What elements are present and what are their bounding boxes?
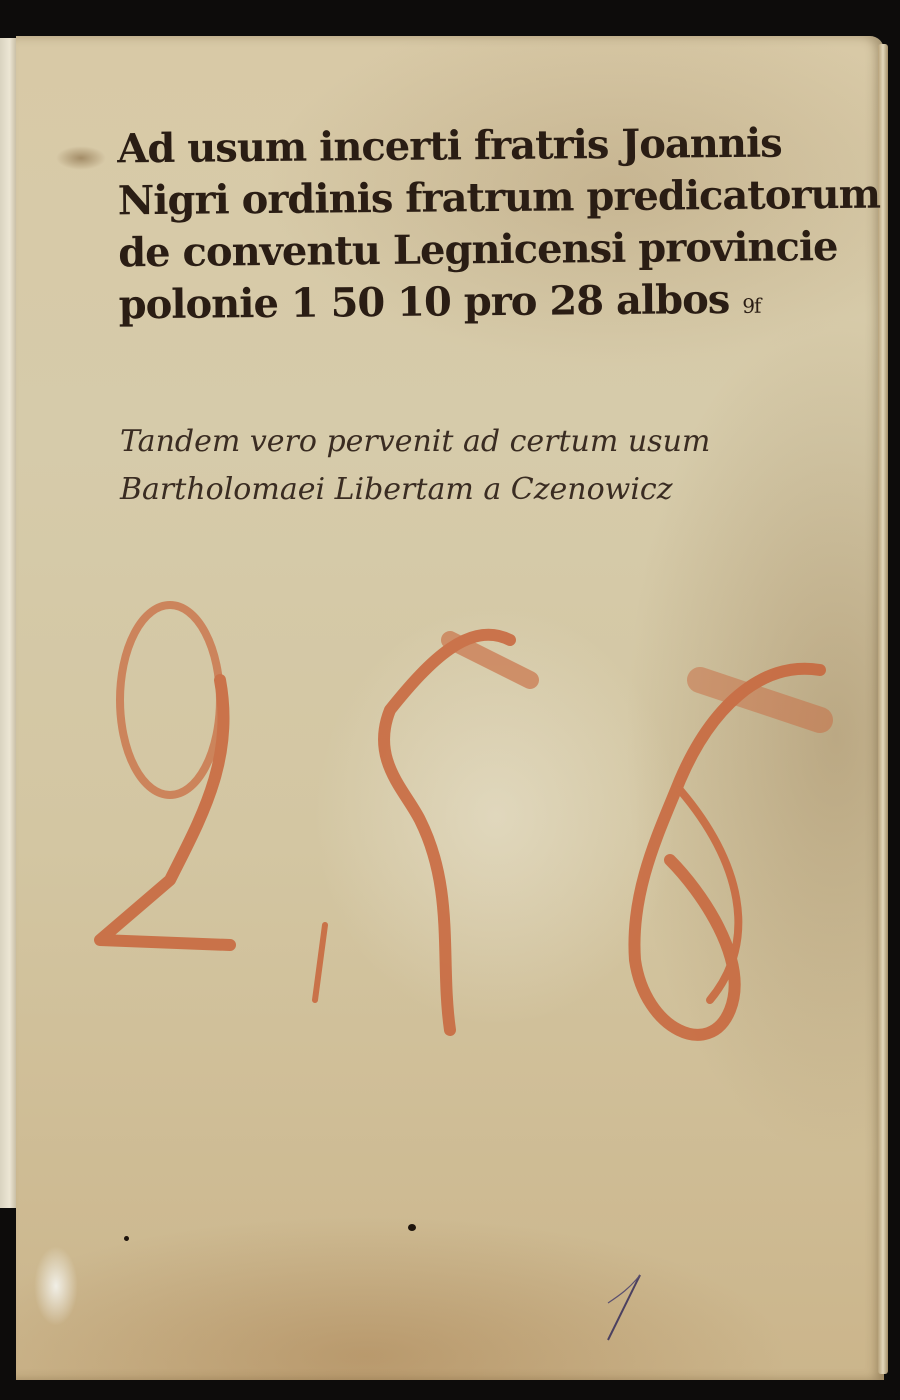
adjacent-leaf-edge xyxy=(0,38,17,1208)
ink-speck xyxy=(124,1236,129,1241)
inscription-trailing-mark: 9f xyxy=(742,294,760,318)
note-line: Tandem vero pervenit ad certum usum xyxy=(120,418,710,466)
inscription-line: de conventu Legnicensi provincie xyxy=(118,221,881,280)
red-chalk-shelf-number: 258 xyxy=(60,560,880,1120)
later-ownership-note: Tandem vero pervenit ad certum usum Bart… xyxy=(120,418,710,514)
note-line: Bartholomaei Libertam a Czenowicz xyxy=(120,466,710,514)
pencil-foliation-mark: 1 xyxy=(600,1270,650,1350)
inscription-line: polonie 1 50 10 pro 28 albos xyxy=(118,276,729,328)
stain xyxy=(56,146,106,170)
ownership-inscription: Ad usum incerti fratris Joannis Nigri or… xyxy=(117,117,881,338)
ink-speck xyxy=(408,1224,416,1231)
inscription-line: Nigri ordinis fratrum predicatorum xyxy=(118,169,881,228)
inscription-line: Ad usum incerti fratris Joannis xyxy=(117,117,880,176)
paper-damage xyxy=(34,1246,78,1326)
